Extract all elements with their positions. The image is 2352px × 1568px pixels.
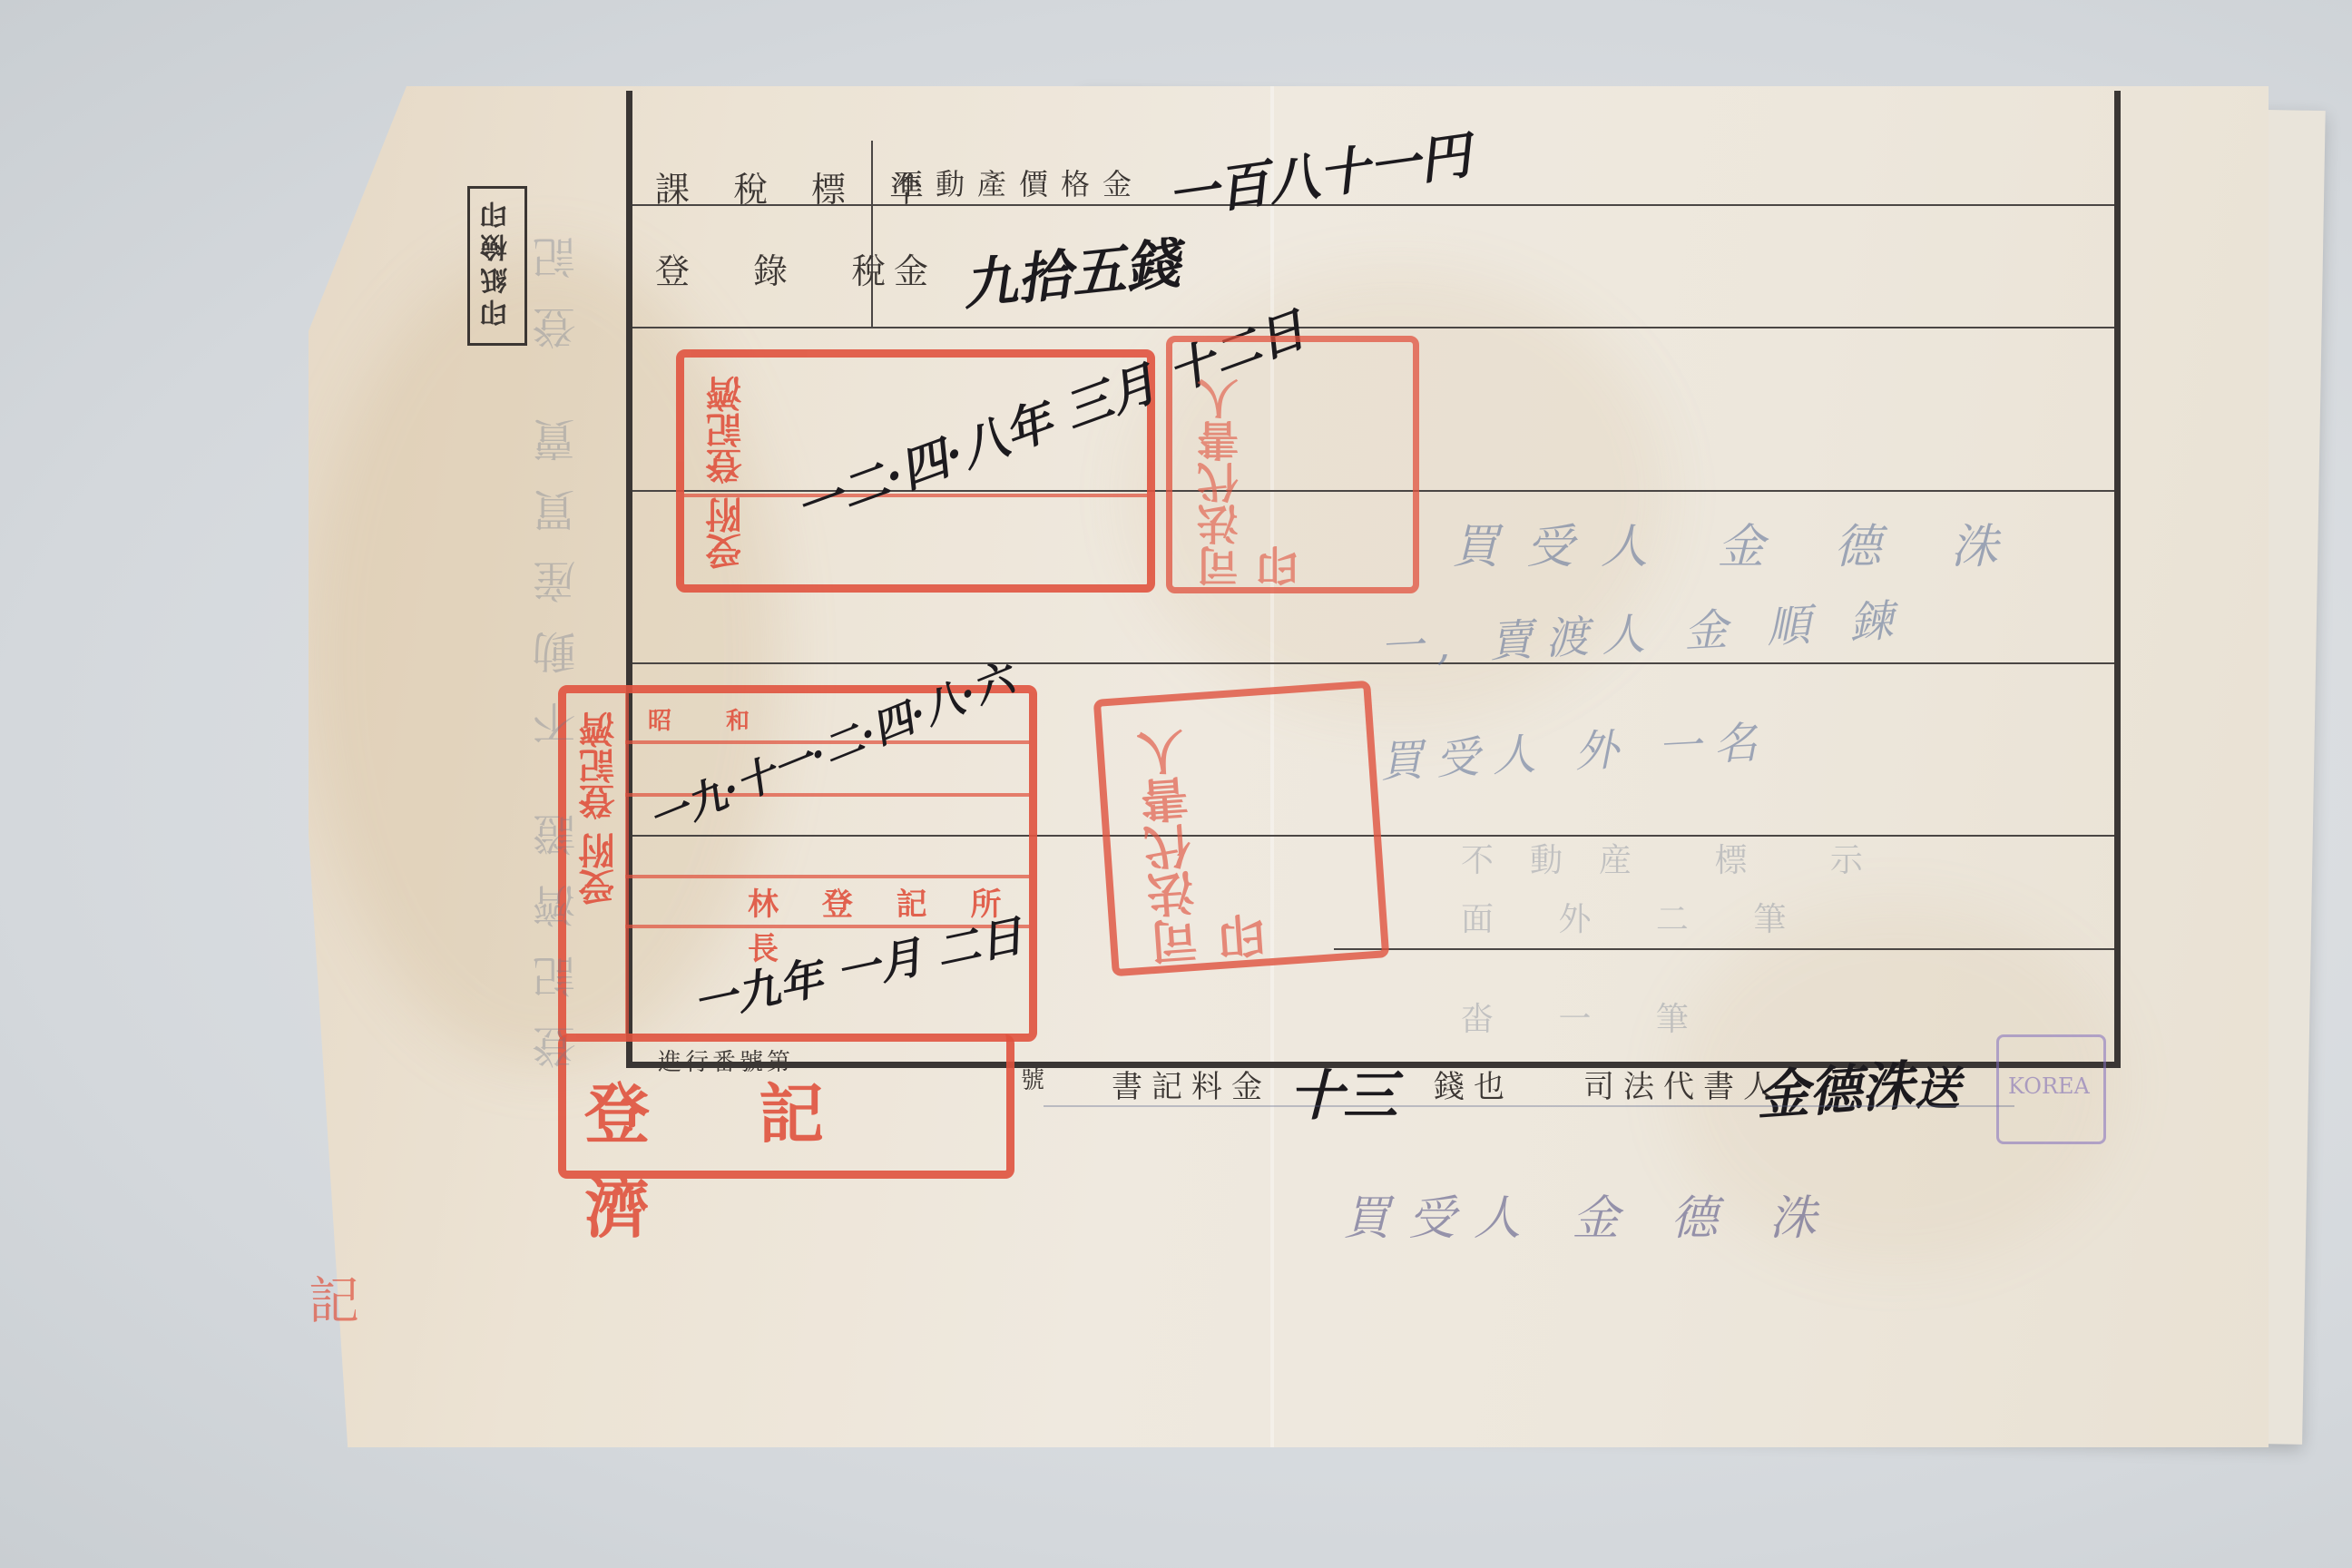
- sent-mark: 送: [1915, 1053, 1960, 1118]
- stamp-date-header: 昭和: [648, 702, 804, 736]
- seal-box-label: 印紙檢印: [477, 196, 517, 327]
- scrivener-seal-center-text: 司法代書人印: [1130, 722, 1282, 967]
- form-frame-right-edge: [2114, 91, 2121, 1068]
- bottom-ghost-text: 買受人 金 德 洙: [1343, 1180, 1835, 1248]
- red-mark-left: 記: [309, 1261, 359, 1334]
- show-through-row-b: 面 外 二 筆: [1461, 894, 1813, 940]
- fee-label: 書記料金: [1112, 1062, 1271, 1106]
- stamp-divider: [625, 693, 629, 1034]
- show-through-title: 登記濟證 不動産買賣 登記: [526, 209, 589, 1070]
- rule: [632, 327, 2114, 328]
- real-estate-price-label: 不動產價格金: [894, 162, 1144, 203]
- fee-unit: 錢也: [1434, 1062, 1514, 1106]
- scrivener-seal-upper: 司法代書人印: [1166, 336, 1419, 593]
- rule: [1334, 948, 2114, 950]
- stamp-upper-text: 受附 登記濟: [701, 376, 752, 570]
- scrivener-seal-center: 司法代書人印: [1093, 681, 1390, 977]
- fee-value: 十三: [1289, 1053, 1397, 1131]
- stamp-divider: [625, 875, 1029, 878]
- faint-rule: [1044, 1105, 2014, 1107]
- show-through-row-a: 不動産 標 示: [1461, 835, 1899, 881]
- revenue-stamp-check-box: 印紙檢印: [467, 186, 527, 346]
- scrivener-label: 司法代書人: [1583, 1062, 1783, 1106]
- progress-number-label: 進行番號第: [658, 1044, 794, 1077]
- number-suffix: 號: [1021, 1062, 1044, 1095]
- postal-stamp: KOREA: [1996, 1034, 2106, 1144]
- pencil-note-1: 買受人 金 德 洙: [1452, 508, 2025, 576]
- scrivener-name: 金德洙: [1753, 1043, 1916, 1130]
- scrivener-seal-upper-text: 司法代書人印: [1191, 360, 1310, 587]
- postal-stamp-text: KOREA: [2008, 1073, 2090, 1099]
- rule: [632, 662, 2114, 664]
- stamp-lower-text: 登記濟: [584, 1062, 1006, 1250]
- show-through-row-c: 畓 一 筆: [1461, 994, 1716, 1040]
